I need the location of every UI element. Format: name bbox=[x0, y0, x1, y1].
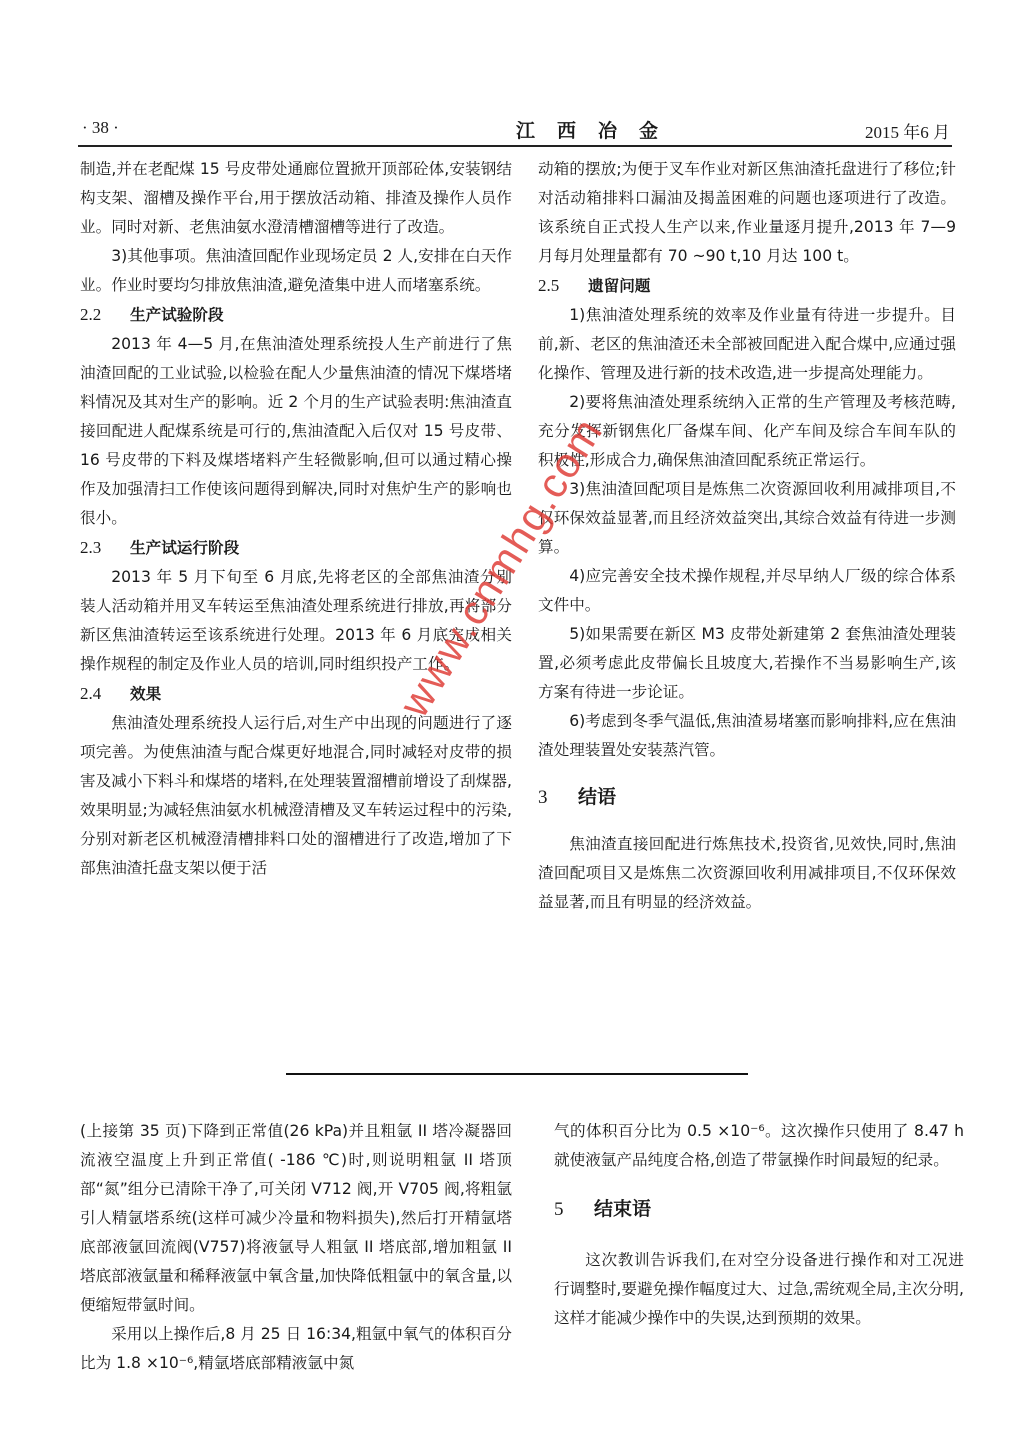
list-item: 4)应完善安全技术操作规程,并尽早纳人厂级的综合体系文件中。 bbox=[538, 562, 956, 620]
paragraph: 这次教训告诉我们,在对空分设备进行操作和对工况进行调整时,要避免操作幅度过大、过… bbox=[554, 1246, 964, 1333]
paragraph: 动箱的摆放;为便于叉车作业对新区焦油渣托盘进行了移位;针对活动箱排料口漏油及揭盖… bbox=[538, 155, 956, 271]
article-divider bbox=[286, 1073, 748, 1075]
issue-date: 2015 年6 月 bbox=[865, 118, 950, 143]
paragraph: 制造,并在老配煤 15 号皮带处通廊位置掀开顶部砼体,安装钢结构支架、溜槽及操作… bbox=[80, 155, 512, 242]
header-rule bbox=[78, 145, 952, 147]
section-heading-2-3: 2.3生产试运行阶段 bbox=[80, 533, 512, 563]
paragraph: (上接第 35 页)下降到正常值(26 kPa)并且粗氩 II 塔冷凝器回流液空… bbox=[80, 1117, 512, 1320]
conclusion-paragraph: 焦油渣直接回配进行炼焦技术,投资省,见效快,同时,焦油渣回配项目又是炼焦二次资源… bbox=[538, 830, 956, 917]
continued-left-column: (上接第 35 页)下降到正常值(26 kPa)并且粗氩 II 塔冷凝器回流液空… bbox=[80, 1117, 512, 1378]
running-header: · 38 · 江西冶金 2015 年6 月 bbox=[78, 118, 950, 144]
section-heading-5: 5结束语 bbox=[554, 1195, 964, 1224]
list-item: 5)如果需要在新区 M3 皮带处新建第 2 套焦油渣处理装置,必须考虑此皮带偏长… bbox=[538, 620, 956, 707]
paragraph: 气的体积百分比为 0.5 ×10⁻⁶。这次操作只使用了 8.47 h 就使液氩产… bbox=[554, 1117, 964, 1175]
journal-page: · 38 · 江西冶金 2015 年6 月 制造,并在老配煤 15 号皮带处通廊… bbox=[0, 0, 1034, 1451]
paragraph: 2013 年 4—5 月,在焦油渣处理系统投人生产前进行了焦油渣回配的工业试验,… bbox=[80, 330, 512, 533]
list-item: 6)考虑到冬季气温低,焦油渣易堵塞而影响排料,应在焦油渣处理装置处安装蒸汽管。 bbox=[538, 707, 956, 765]
list-item: 3)焦油渣回配项目是炼焦二次资源回收利用减排项目,不仅环保效益显著,而且经济效益… bbox=[538, 475, 956, 562]
list-item: 1)焦油渣处理系统的效率及作业量有待进一步提升。目前,新、老区的焦油渣还未全部被… bbox=[538, 301, 956, 388]
continued-right-column: 气的体积百分比为 0.5 ×10⁻⁶。这次操作只使用了 8.47 h 就使液氩产… bbox=[554, 1117, 964, 1333]
section-heading-2-5: 2.5遗留问题 bbox=[538, 271, 956, 301]
paragraph: 焦油渣处理系统投人运行后,对生产中出现的问题进行了逐项完善。为使焦油渣与配合煤更… bbox=[80, 709, 512, 883]
section-heading-2-2: 2.2生产试验阶段 bbox=[80, 300, 512, 330]
page-number: · 38 · bbox=[82, 118, 119, 138]
left-column: 制造,并在老配煤 15 号皮带处通廊位置掀开顶部砼体,安装钢结构支架、溜槽及操作… bbox=[80, 155, 512, 883]
right-column: 动箱的摆放;为便于叉车作业对新区焦油渣托盘进行了移位;针对活动箱排料口漏油及揭盖… bbox=[538, 155, 956, 917]
journal-title: 江西冶金 bbox=[516, 116, 680, 143]
section-heading-3: 3结语 bbox=[538, 783, 956, 812]
paragraph: 3)其他事项。焦油渣回配作业现场定员 2 人,安排在白天作业。作业时要均匀排放焦… bbox=[80, 242, 512, 300]
paragraph: 采用以上操作后,8 月 25 日 16:34,粗氩中氧气的体积百分比为 1.8 … bbox=[80, 1320, 512, 1378]
